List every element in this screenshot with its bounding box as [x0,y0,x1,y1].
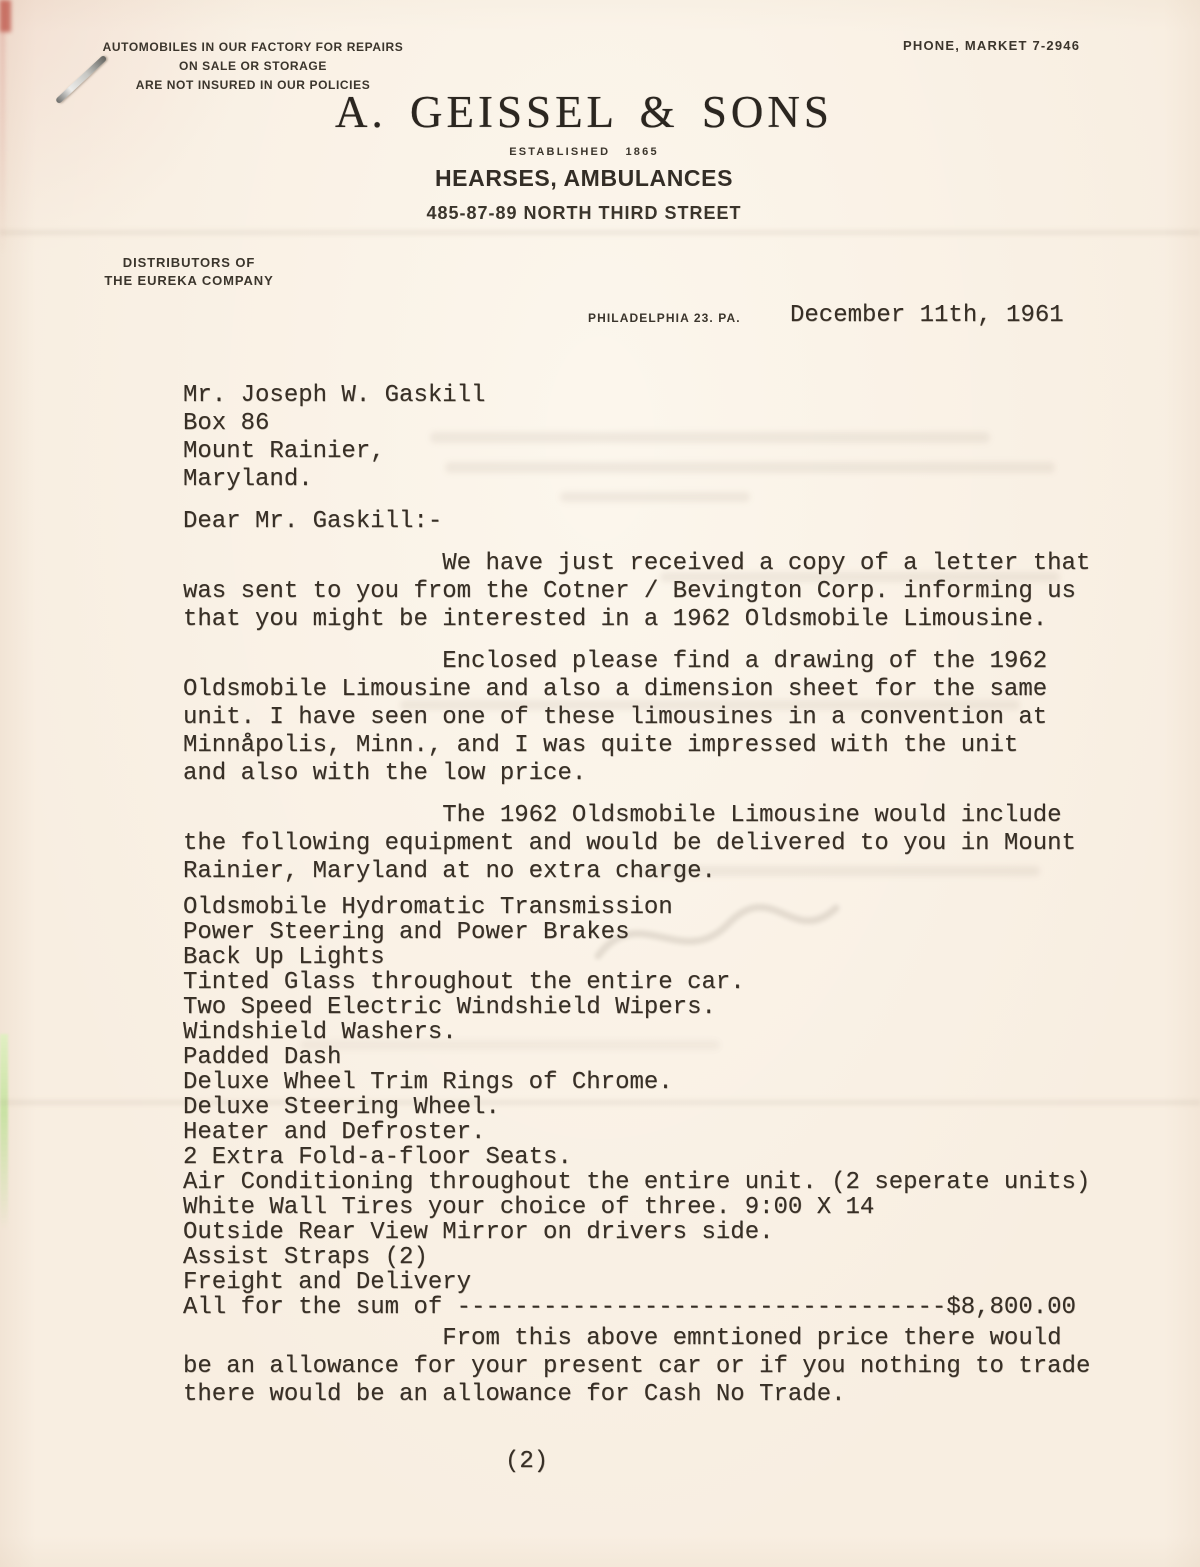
established-line: ESTABLISHED 1865 [0,146,1184,158]
letter-date: December 11th, 1961 [790,302,1064,330]
company-name: A. GEISSEL & SONS [0,86,1184,138]
letter-page: AUTOMOBILES IN OUR FACTORY FOR REPAIRS O… [0,0,1200,1567]
paper-fold-line [0,230,1200,235]
recipient-address: Mr. Joseph W. Gaskill Box 86 Mount Raini… [183,382,485,494]
body-paragraph-2: Enclosed please find a drawing of the 19… [183,648,1047,788]
equipment-list: Oldsmobile Hydromatic Transmission Power… [183,895,1090,1295]
page-number: (2) [505,1448,548,1476]
bleed-through-smudge [560,492,750,502]
distributors-note: DISTRIBUTORS OF THE EUREKA COMPANY [98,254,280,290]
body-paragraph-1: We have just received a copy of a letter… [183,550,1090,634]
body-paragraph-3: The 1962 Oldsmobile Limousine would incl… [183,802,1076,886]
salutation: Dear Mr. Gaskill:- [183,508,442,536]
disclaimer-line: ON SALE OR STORAGE [96,57,410,76]
bleed-through-smudge [430,432,990,443]
city-line: PHILADELPHIA 23. PA. [588,311,741,325]
price-sum-line: All for the sum of ---------------------… [183,1295,1076,1320]
body-paragraph-4: From this above emntioned price there wo… [183,1325,1090,1409]
street-address: 485-87-89 NORTH THIRD STREET [0,203,1184,224]
scan-corner-mark [0,0,11,32]
bleed-through-smudge [445,462,1055,473]
distributors-line: DISTRIBUTORS OF [98,254,280,272]
business-line: HEARSES, AMBULANCES [0,165,1184,192]
phone-number: PHONE, MARKET 7-2946 [903,38,1080,53]
distributors-line: THE EUREKA COMPANY [98,272,280,290]
disclaimer-line: AUTOMOBILES IN OUR FACTORY FOR REPAIRS [96,38,410,57]
scan-edge-strip [0,1034,8,1229]
